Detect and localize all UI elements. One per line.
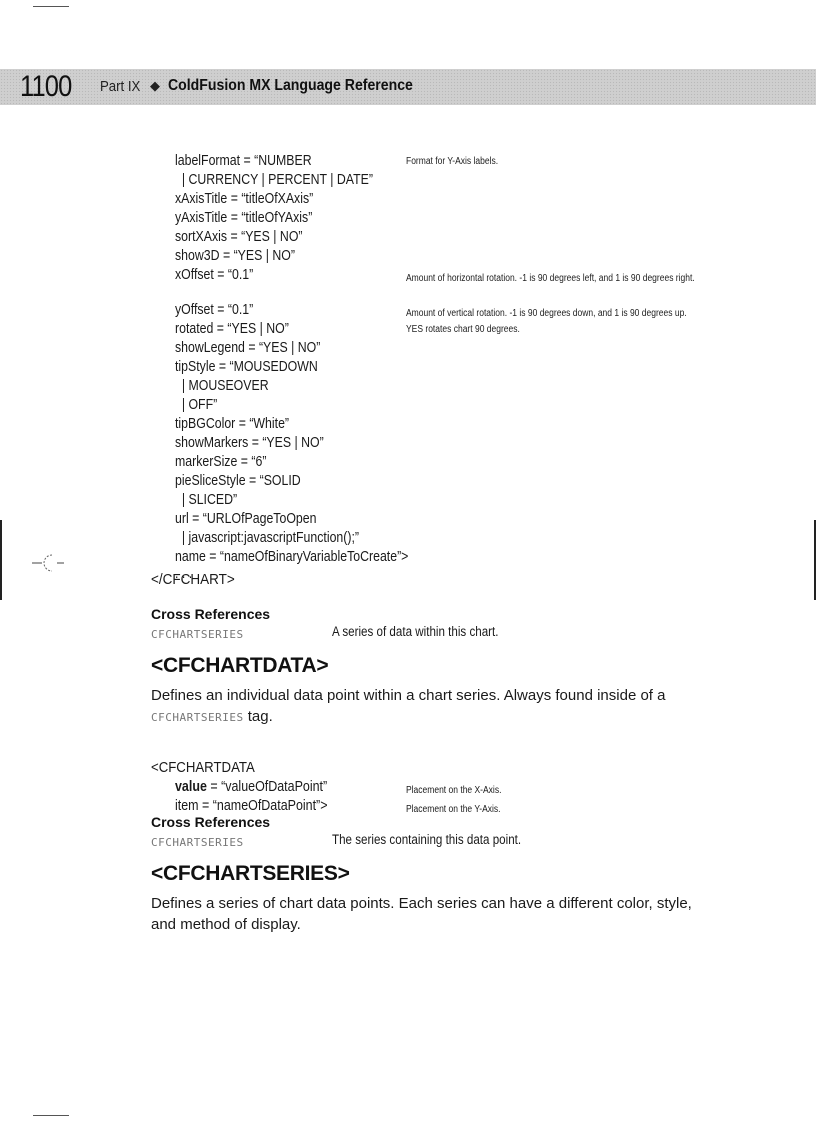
intro-text: Defines an individual data point within … xyxy=(151,687,665,704)
attribute-line: labelFormat = “NUMBER xyxy=(175,153,312,169)
attribute-line: showMarkers = “YES | NO” xyxy=(175,435,324,451)
xref-description: A series of data within this chart. xyxy=(332,624,499,639)
attr-value-desc: Placement on the X-Axis. xyxy=(406,785,501,796)
attribute-description: Amount of vertical rotation. -1 is 90 de… xyxy=(406,305,704,323)
diamond-icon: ◆ xyxy=(150,78,160,94)
attribute-line: tipStyle = “MOUSEDOWN xyxy=(175,359,318,375)
xref-description-2: The series containing this data point. xyxy=(332,832,521,847)
attribute-line: yOffset = “0.1” xyxy=(175,302,253,318)
xref-tag-cfchartseries-2[interactable]: CFCHARTSERIES xyxy=(151,836,244,849)
attribute-line: rotated = “YES | NO” xyxy=(175,321,289,337)
attribute-line: | javascript:javascriptFunction();” xyxy=(175,530,359,546)
attribute-line: pieSliceStyle = “SOLID xyxy=(175,473,301,489)
cross-references-heading-2: Cross References xyxy=(151,814,270,830)
attr-value: value = “valueOfDataPoint” xyxy=(175,779,327,795)
attribute-line: | OFF” xyxy=(175,397,217,413)
attribute-line: | CURRENCY | PERCENT | DATE” xyxy=(175,172,373,188)
attribute-line: xOffset = “0.1” xyxy=(175,267,253,283)
part-label: Part IX xyxy=(100,78,140,95)
cfchartseries-description: Defines a series of chart data points. E… xyxy=(151,893,711,935)
attribute-line: url = “URLOfPageToOpen xyxy=(175,511,316,527)
crop-mark-top xyxy=(33,6,69,7)
inline-tag-cfchartseries: CFCHARTSERIES xyxy=(151,711,244,724)
page-number: 1100 xyxy=(20,70,71,104)
attr-item: item = “nameOfDataPoint”> xyxy=(175,798,328,814)
intro-end: tag. xyxy=(244,708,273,725)
section-title-cfchartseries: <CFCHARTSERIES> xyxy=(151,862,350,886)
crop-mark-bottom xyxy=(33,1115,69,1116)
registration-bar-left xyxy=(0,520,2,600)
attr-rest: = “valueOfDataPoint” xyxy=(207,779,327,795)
cross-references-heading: Cross References xyxy=(151,606,270,622)
attr-name: item xyxy=(175,798,199,814)
attribute-description: Format for Y-Axis labels. xyxy=(406,156,498,167)
section-title-cfchartdata: <CFCHARTDATA> xyxy=(151,654,328,678)
attribute-line: showLegend = “YES | NO” xyxy=(175,340,320,356)
attribute-description: Amount of horizontal rotation. -1 is 90 … xyxy=(406,270,704,288)
attribute-line: show3D = “YES | NO” xyxy=(175,248,295,264)
registration-mark-icon xyxy=(30,552,66,572)
attribute-line: name = “nameOfBinaryVariableToCreate”> xyxy=(175,549,408,565)
cfchartdata-open-tag: <CFCHARTDATA xyxy=(151,759,255,776)
attribute-line: sortXAxis = “YES | NO” xyxy=(175,229,303,245)
cfchartdata-description: Defines an individual data point within … xyxy=(151,685,711,728)
attr-name: value xyxy=(175,779,207,795)
attribute-line: yAxisTitle = “titleOfYAxis” xyxy=(175,210,312,226)
attribute-description: YES rotates chart 90 degrees. xyxy=(406,324,520,335)
attribute-line: xAxisTitle = “titleOfXAxis” xyxy=(175,191,313,207)
cfchart-close-tag: </CFCHART> xyxy=(151,571,235,588)
attr-item-desc: Placement on the Y-Axis. xyxy=(406,804,501,815)
xref-tag-cfchartseries[interactable]: CFCHARTSERIES xyxy=(151,628,244,641)
attribute-line: | MOUSEOVER xyxy=(175,378,269,394)
attribute-line: | SLICED” xyxy=(175,492,237,508)
attribute-line: tipBGColor = “White” xyxy=(175,416,289,432)
attr-rest: = “nameOfDataPoint”> xyxy=(199,798,328,814)
attribute-line: markerSize = “6” xyxy=(175,454,266,470)
chapter-title: ColdFusion MX Language Reference xyxy=(168,77,413,95)
